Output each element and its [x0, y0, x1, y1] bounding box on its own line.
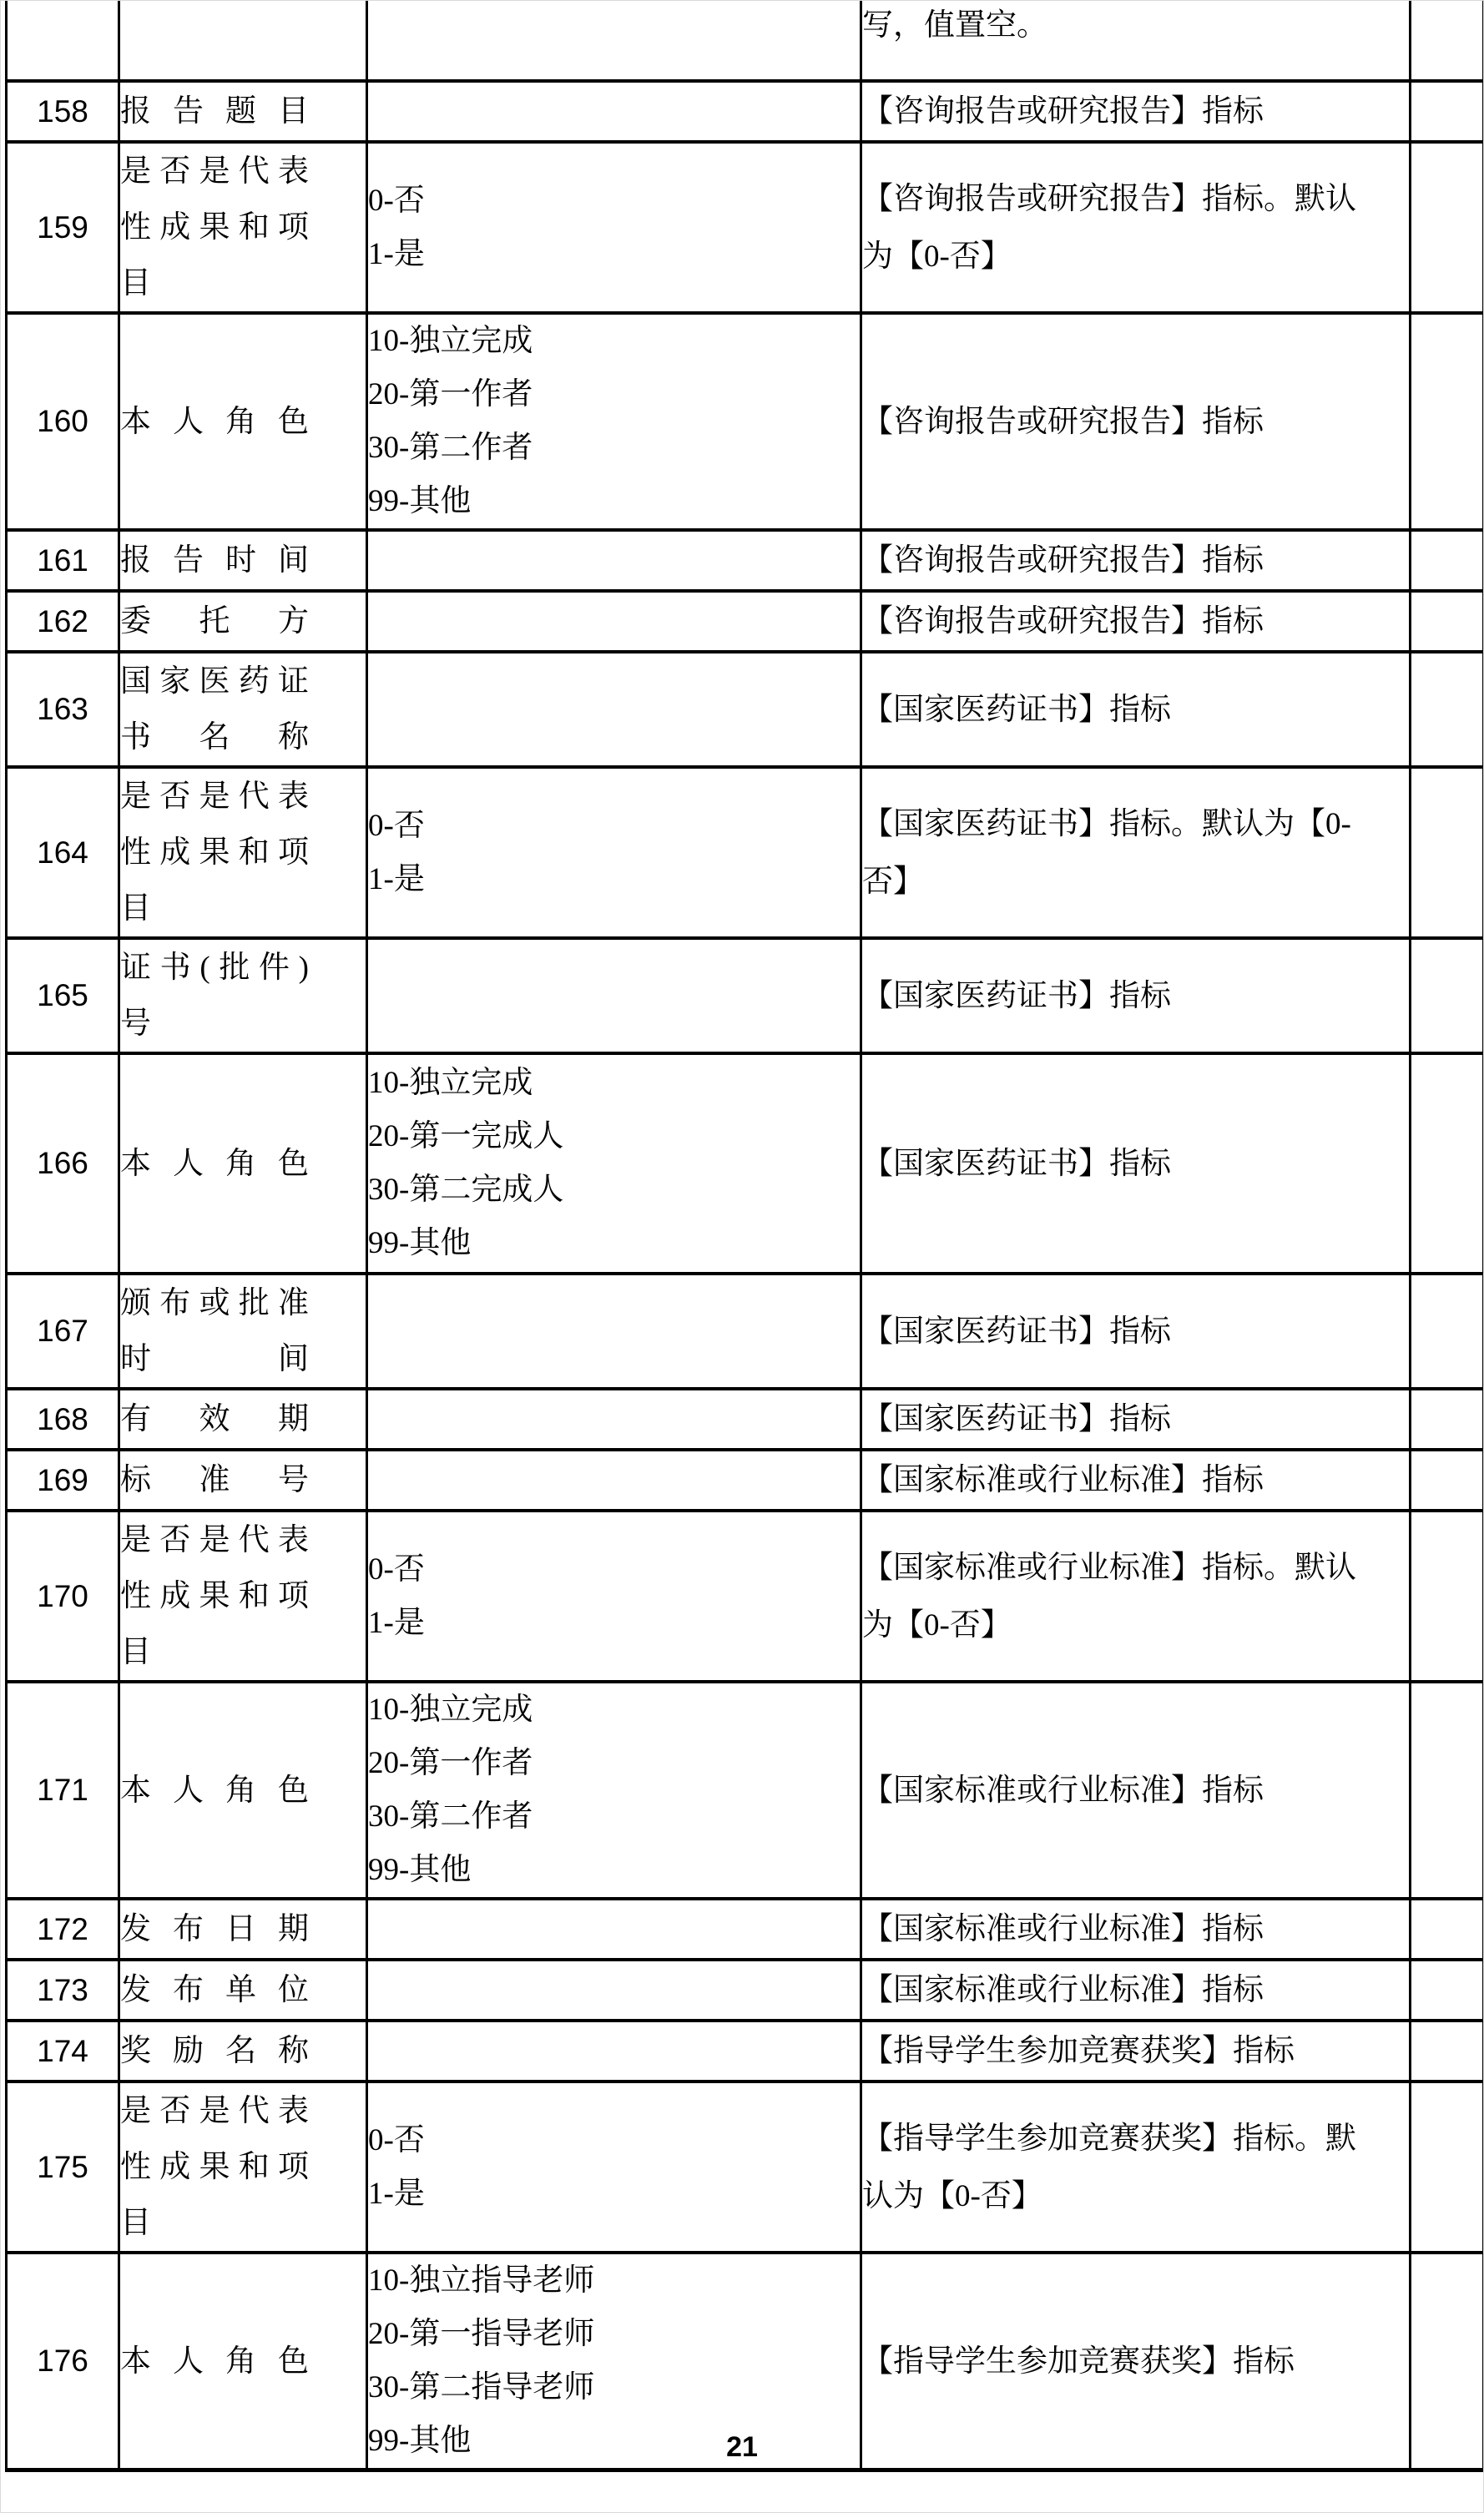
field-name-cell: 是否是代表 性成果和项 目 [119, 142, 367, 313]
table-row-171: 171 本人角色 10-独立完成 20-第一作者 30-第二作者 99-其他 【… [7, 1682, 1484, 1899]
row-num-cell: 173 [7, 1960, 119, 2021]
row-num-cell: 166 [7, 1053, 119, 1274]
desc-cell: 【国家标准或行业标准】指标 [861, 1450, 1411, 1511]
desc-cell: 【咨询报告或研究报告】指标 [861, 530, 1411, 591]
row-num-cell: 168 [7, 1389, 119, 1450]
table-row-162: 162 委托方 【咨询报告或研究报告】指标 [7, 591, 1484, 652]
indicator-spec-table: 写，值置空。 158 报告题目 【咨询报告或研究报告】指标 159 是否是代表 … [5, 1, 1484, 2472]
options-cell [367, 2021, 861, 2082]
desc-cell: 【咨询报告或研究报告】指标。默认 为【0-否】 [861, 142, 1411, 313]
options-cell [367, 1899, 861, 1960]
table-row-168: 168 有效期 【国家医药证书】指标 [7, 1389, 1484, 1450]
row-num-cell: 162 [7, 591, 119, 652]
desc-cell: 【国家医药证书】指标 [861, 652, 1411, 767]
field-name-cell: 发布日期 [119, 1899, 367, 1960]
table-row-161: 161 报告时间 【咨询报告或研究报告】指标 [7, 530, 1484, 591]
table-row-165: 165 证书(批件) 号 【国家医药证书】指标 [7, 938, 1484, 1053]
empty-cell [1411, 1511, 1484, 1682]
desc-cell: 【咨询报告或研究报告】指标 [861, 81, 1411, 142]
empty-cell [1411, 1053, 1484, 1274]
field-name-text: 有效期 [120, 1391, 309, 1447]
table-row-163: 163 国家医药证 书名称 【国家医药证书】指标 [7, 652, 1484, 767]
row-num-cell: 161 [7, 530, 119, 591]
desc-cell: 【国家医药证书】指标 [861, 938, 1411, 1053]
empty-cell [1411, 1389, 1484, 1450]
row-num-cell: 167 [7, 1274, 119, 1389]
options-cell [367, 1450, 861, 1511]
field-name-cell: 是否是代表 性成果和项 目 [119, 767, 367, 938]
document-page: 写，值置空。 158 报告题目 【咨询报告或研究报告】指标 159 是否是代表 … [0, 0, 1484, 2513]
desc-cell: 【咨询报告或研究报告】指标 [861, 313, 1411, 530]
options-cell: 0-否 1-是 [367, 2082, 861, 2253]
field-name-cell: 本人角色 [119, 313, 367, 530]
empty-cell [1411, 1899, 1484, 1960]
field-name-text: 本人角色 [120, 1763, 309, 1819]
row-num-cell: 164 [7, 767, 119, 938]
row-num-cell: 170 [7, 1511, 119, 1682]
row-num-cell: 169 [7, 1450, 119, 1511]
field-name-cell: 颁布或批准 时间 [119, 1274, 367, 1389]
options-cell [367, 1960, 861, 2021]
field-name-cell: 报告时间 [119, 530, 367, 591]
table-row-partial: 写，值置空。 [7, 1, 1484, 81]
empty-cell [1411, 2021, 1484, 2082]
desc-cell: 写，值置空。 [861, 1, 1411, 81]
table-row-170: 170 是否是代表 性成果和项 目 0-否 1-是 【国家标准或行业标准】指标。… [7, 1511, 1484, 1682]
field-name-text: 本人角色 [120, 1136, 309, 1192]
empty-cell [1411, 313, 1484, 530]
empty-cell [1411, 767, 1484, 938]
options-cell: 0-否 1-是 [367, 767, 861, 938]
field-name-cell: 本人角色 [119, 1053, 367, 1274]
field-name-text: 颁布或批准 时间 [120, 1275, 309, 1387]
field-name-cell [119, 1, 367, 81]
options-cell: 10-独立完成 20-第一作者 30-第二作者 99-其他 [367, 1682, 861, 1899]
desc-cell: 【国家标准或行业标准】指标。默认 为【0-否】 [861, 1511, 1411, 1682]
field-name-text: 发布日期 [120, 1901, 309, 1957]
empty-cell [1411, 1, 1484, 81]
table-row-164: 164 是否是代表 性成果和项 目 0-否 1-是 【国家医药证书】指标。默认为… [7, 767, 1484, 938]
desc-cell: 【指导学生参加竞赛获奖】指标 [861, 2021, 1411, 2082]
empty-cell [1411, 1450, 1484, 1511]
empty-cell [1411, 2082, 1484, 2253]
field-name-text: 奖励名称 [120, 2023, 309, 2079]
row-num-cell: 159 [7, 142, 119, 313]
table-row-158: 158 报告题目 【咨询报告或研究报告】指标 [7, 81, 1484, 142]
options-cell: 10-独立完成 20-第一完成人 30-第二完成人 99-其他 [367, 1053, 861, 1274]
table-row-172: 172 发布日期 【国家标准或行业标准】指标 [7, 1899, 1484, 1960]
options-cell [367, 591, 861, 652]
field-name-cell: 证书(批件) 号 [119, 938, 367, 1053]
table-row-169: 169 标准号 【国家标准或行业标准】指标 [7, 1450, 1484, 1511]
row-num-cell: 163 [7, 652, 119, 767]
page-number: 21 [1, 2431, 1483, 2464]
field-name-text: 是否是代表 性成果和项 目 [120, 769, 309, 936]
field-name-text: 是否是代表 性成果和项 目 [120, 144, 309, 311]
options-cell [367, 81, 861, 142]
field-name-text: 发布单位 [120, 1962, 309, 2018]
options-cell [367, 1, 861, 81]
options-cell [367, 652, 861, 767]
field-name-text: 报告时间 [120, 532, 309, 588]
row-num-cell: 165 [7, 938, 119, 1053]
row-num-cell: 160 [7, 313, 119, 530]
field-name-text: 报告题目 [120, 83, 309, 139]
field-name-cell: 标准号 [119, 1450, 367, 1511]
field-name-text: 委托方 [120, 593, 309, 649]
field-name-cell: 是否是代表 性成果和项 目 [119, 2082, 367, 2253]
empty-cell [1411, 652, 1484, 767]
field-name-text: 本人角色 [120, 394, 309, 450]
field-name-text: 国家医药证 书名称 [120, 653, 309, 765]
options-cell: 10-独立完成 20-第一作者 30-第二作者 99-其他 [367, 313, 861, 530]
row-num-cell: 158 [7, 81, 119, 142]
field-name-cell: 国家医药证 书名称 [119, 652, 367, 767]
desc-cell: 【国家标准或行业标准】指标 [861, 1682, 1411, 1899]
options-cell [367, 938, 861, 1053]
table-row-175: 175 是否是代表 性成果和项 目 0-否 1-是 【指导学生参加竞赛获奖】指标… [7, 2082, 1484, 2253]
desc-cell: 【国家医药证书】指标 [861, 1274, 1411, 1389]
desc-cell: 【国家医药证书】指标 [861, 1053, 1411, 1274]
table-row-173: 173 发布单位 【国家标准或行业标准】指标 [7, 1960, 1484, 2021]
desc-cell: 【指导学生参加竞赛获奖】指标。默 认为【0-否】 [861, 2082, 1411, 2253]
field-name-cell: 委托方 [119, 591, 367, 652]
empty-cell [1411, 1274, 1484, 1389]
empty-cell [1411, 530, 1484, 591]
desc-cell: 【国家标准或行业标准】指标 [861, 1960, 1411, 2021]
field-name-text: 是否是代表 性成果和项 目 [120, 2083, 309, 2251]
row-num-cell: 171 [7, 1682, 119, 1899]
field-name-text: 是否是代表 性成果和项 目 [120, 1512, 309, 1680]
options-cell: 0-否 1-是 [367, 142, 861, 313]
table-row-159: 159 是否是代表 性成果和项 目 0-否 1-是 【咨询报告或研究报告】指标。… [7, 142, 1484, 313]
row-num-cell: 174 [7, 2021, 119, 2082]
table-row-167: 167 颁布或批准 时间 【国家医药证书】指标 [7, 1274, 1484, 1389]
options-cell [367, 530, 861, 591]
row-num-cell: 172 [7, 1899, 119, 1960]
field-name-text: 证书(批件) 号 [120, 940, 309, 1052]
row-num-cell: 175 [7, 2082, 119, 2253]
empty-cell [1411, 938, 1484, 1053]
options-cell [367, 1274, 861, 1389]
empty-cell [1411, 1682, 1484, 1899]
row-num-cell [7, 1, 119, 81]
options-cell: 0-否 1-是 [367, 1511, 861, 1682]
field-name-cell: 本人角色 [119, 1682, 367, 1899]
field-name-cell: 是否是代表 性成果和项 目 [119, 1511, 367, 1682]
field-name-cell: 有效期 [119, 1389, 367, 1450]
empty-cell [1411, 81, 1484, 142]
desc-cell: 【国家医药证书】指标。默认为【0- 否】 [861, 767, 1411, 938]
field-name-text: 本人角色 [120, 2334, 309, 2389]
table-row-174: 174 奖励名称 【指导学生参加竞赛获奖】指标 [7, 2021, 1484, 2082]
empty-cell [1411, 1960, 1484, 2021]
empty-cell [1411, 591, 1484, 652]
desc-cell: 【国家医药证书】指标 [861, 1389, 1411, 1450]
field-name-cell: 发布单位 [119, 1960, 367, 2021]
field-name-text: 标准号 [120, 1452, 309, 1508]
field-name-cell: 奖励名称 [119, 2021, 367, 2082]
desc-cell: 【国家标准或行业标准】指标 [861, 1899, 1411, 1960]
table-row-160: 160 本人角色 10-独立完成 20-第一作者 30-第二作者 99-其他 【… [7, 313, 1484, 530]
empty-cell [1411, 142, 1484, 313]
table-row-166: 166 本人角色 10-独立完成 20-第一完成人 30-第二完成人 99-其他… [7, 1053, 1484, 1274]
desc-cell: 【咨询报告或研究报告】指标 [861, 591, 1411, 652]
field-name-cell: 报告题目 [119, 81, 367, 142]
options-cell [367, 1389, 861, 1450]
